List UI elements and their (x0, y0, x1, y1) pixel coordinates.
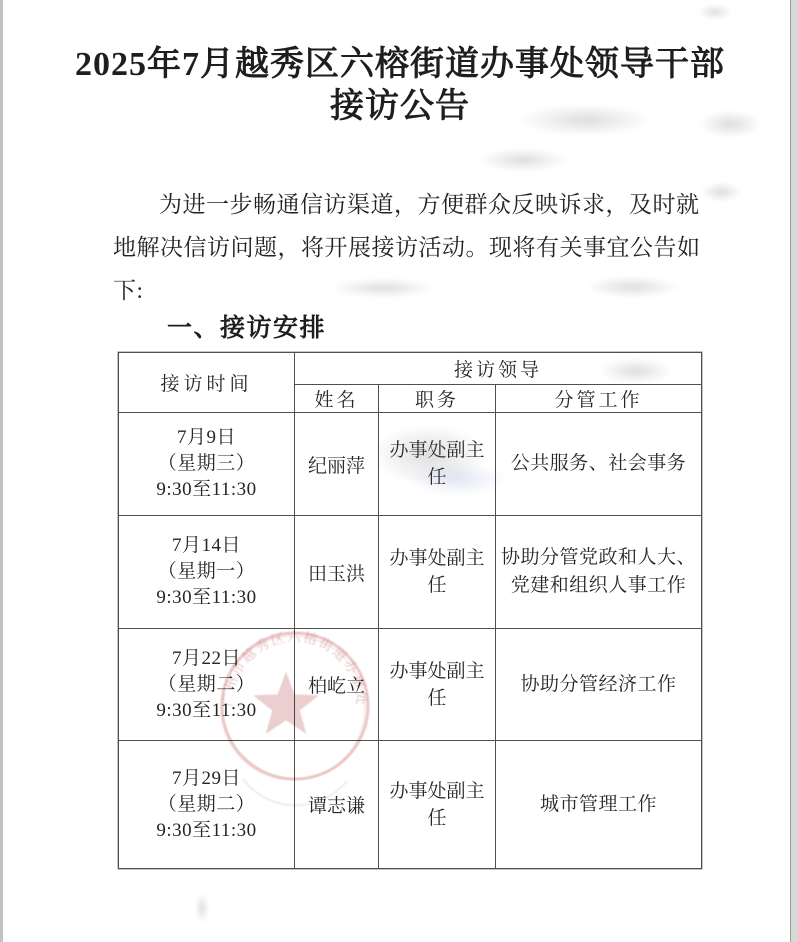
header-name: 姓名 (295, 385, 379, 413)
cell-name: 田玉洪 (295, 516, 379, 629)
table-row: 7月29日 （星期二） 9:30至11:30 谭志谦 办事处副主 任 城市管理工… (119, 741, 702, 869)
bleed-artifact (478, 148, 568, 172)
cell-position: 办事处副主 任 (379, 516, 496, 629)
cell-position: 办事处副主 任 (379, 629, 496, 741)
scan-left-edge (0, 0, 3, 942)
header-duty: 分管工作 (496, 385, 702, 413)
header-position: 职务 (379, 385, 496, 413)
cell-duty: 协助分管经济工作 (496, 629, 702, 741)
bleed-artifact (698, 4, 732, 20)
cell-time: 7月29日 （星期二） 9:30至11:30 (119, 741, 295, 869)
intro-paragraph: 为进一步畅通信访渠道，方便群众反映诉求，及时就 地解决信访问题，将开展接访活动。… (113, 183, 713, 312)
table-row: 7月9日 （星期三） 9:30至11:30 纪丽萍 办事处副主 任 公共服务、社… (119, 413, 702, 516)
cell-position: 办事处副主 任 (379, 413, 496, 516)
cell-time: 7月22日 （星期二） 9:30至11:30 (119, 629, 295, 741)
table-row: 7月14日 （星期一） 9:30至11:30 田玉洪 办事处副主 任 协助分管党… (119, 516, 702, 629)
cell-duty: 协助分管党政和人大、 党建和组织人事工作 (496, 516, 702, 629)
scanned-document-page: 2025年7月越秀区六榕街道办事处领导干部 接访公告 为进一步畅通信访渠道，方便… (0, 0, 798, 942)
cell-duty: 公共服务、社会事务 (496, 413, 702, 516)
table-row: 7月22日 （星期二） 9:30至11:30 柏屹立 办事处副主 任 协助分管经… (119, 629, 702, 741)
cell-position: 办事处副主 任 (379, 741, 496, 869)
section-heading: 一、接访安排 (167, 308, 326, 344)
scan-right-edge (790, 0, 798, 942)
bleed-artifact (195, 893, 209, 923)
document-title: 2025年7月越秀区六榕街道办事处领导干部 接访公告 (20, 44, 780, 128)
cell-duty: 城市管理工作 (496, 741, 702, 869)
header-time: 接访时间 (119, 353, 295, 413)
cell-name: 柏屹立 (295, 629, 379, 741)
cell-name: 纪丽萍 (295, 413, 379, 516)
cell-time: 7月9日 （星期三） 9:30至11:30 (119, 413, 295, 516)
reception-schedule-table: 接访时间 接访领导 姓名 职务 分管工作 7月9日 （星期三） 9:30至11:… (118, 352, 702, 869)
cell-time: 7月14日 （星期一） 9:30至11:30 (119, 516, 295, 629)
header-leader: 接访领导 (295, 353, 702, 385)
cell-name: 谭志谦 (295, 741, 379, 869)
